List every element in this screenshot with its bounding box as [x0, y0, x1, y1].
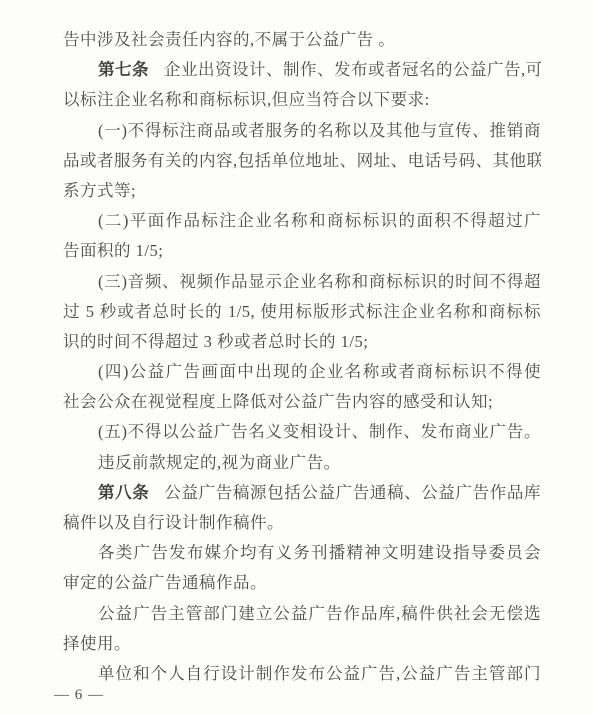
text-line: 单位和个人自行设计制作发布公益广告,公益广告主管部门: [63, 659, 541, 689]
text-line: 择使用。: [63, 629, 541, 659]
text-line: 以标注企业名称和商标标识,但应当符合以下要求:: [63, 85, 541, 115]
article-number: 第七条: [98, 60, 149, 79]
text-line: 公益广告主管部门建立公益广告作品库,稿件供社会无偿选: [63, 599, 541, 629]
text-line: (一)不得标注商品或者服务的名称以及其他与宣传、推销商: [63, 116, 541, 146]
text-line: 各类广告发布媒介均有义务刊播精神文明建设指导委员会: [63, 538, 541, 568]
text-line: 品或者服务有关的内容,包括单位地址、网址、电话号码、其他联: [63, 146, 541, 176]
scan-page: 告中涉及社会责任内容的,不属于公益广告 。第七条企业出资设计、制作、发布或者冠名…: [0, 0, 593, 715]
page-number: — 6 —: [54, 684, 104, 706]
text-line: 告面积的 1/5;: [63, 236, 541, 266]
text-line: (五)不得以公益广告名义变相设计、制作、发布商业广告。: [63, 417, 541, 447]
text-line: (三)音频、视频作品显示企业名称和商标标识的时间不得超: [63, 267, 541, 297]
text-line: 告中涉及社会责任内容的,不属于公益广告 。: [63, 25, 541, 55]
text-line: 稿件以及自行设计制作稿件。: [63, 508, 541, 538]
text-line: (二)平面作品标注企业名称和商标标识的面积不得超过广: [63, 206, 541, 236]
text-line: 识的时间不得超过 3 秒或者总时长的 1/5;: [63, 327, 541, 357]
text-line: 违反前款规定的,视为商业广告。: [63, 448, 541, 478]
line-text: 企业出资设计、制作、发布或者冠名的公益广告,可: [164, 60, 541, 79]
text-line: 审定的公益广告通稿作品。: [63, 568, 541, 598]
line-text: 公益广告稿源包括公益广告通稿、公益广告作品库: [164, 483, 541, 502]
text-line: 社会公众在视觉程度上降低对公益广告内容的感受和认知;: [63, 387, 541, 417]
text-line: (四)公益广告画面中出现的企业名称或者商标标识不得使: [63, 357, 541, 387]
text-line: 系方式等;: [63, 176, 541, 206]
document-body: 告中涉及社会责任内容的,不属于公益广告 。第七条企业出资设计、制作、发布或者冠名…: [63, 25, 541, 689]
text-line: 过 5 秒或者总时长的 1/5, 使用标版形式标注企业名称和商标标: [63, 297, 541, 327]
text-line: 第七条企业出资设计、制作、发布或者冠名的公益广告,可: [63, 55, 541, 85]
article-number: 第八条: [98, 483, 149, 502]
text-line: 第八条公益广告稿源包括公益广告通稿、公益广告作品库: [63, 478, 541, 508]
